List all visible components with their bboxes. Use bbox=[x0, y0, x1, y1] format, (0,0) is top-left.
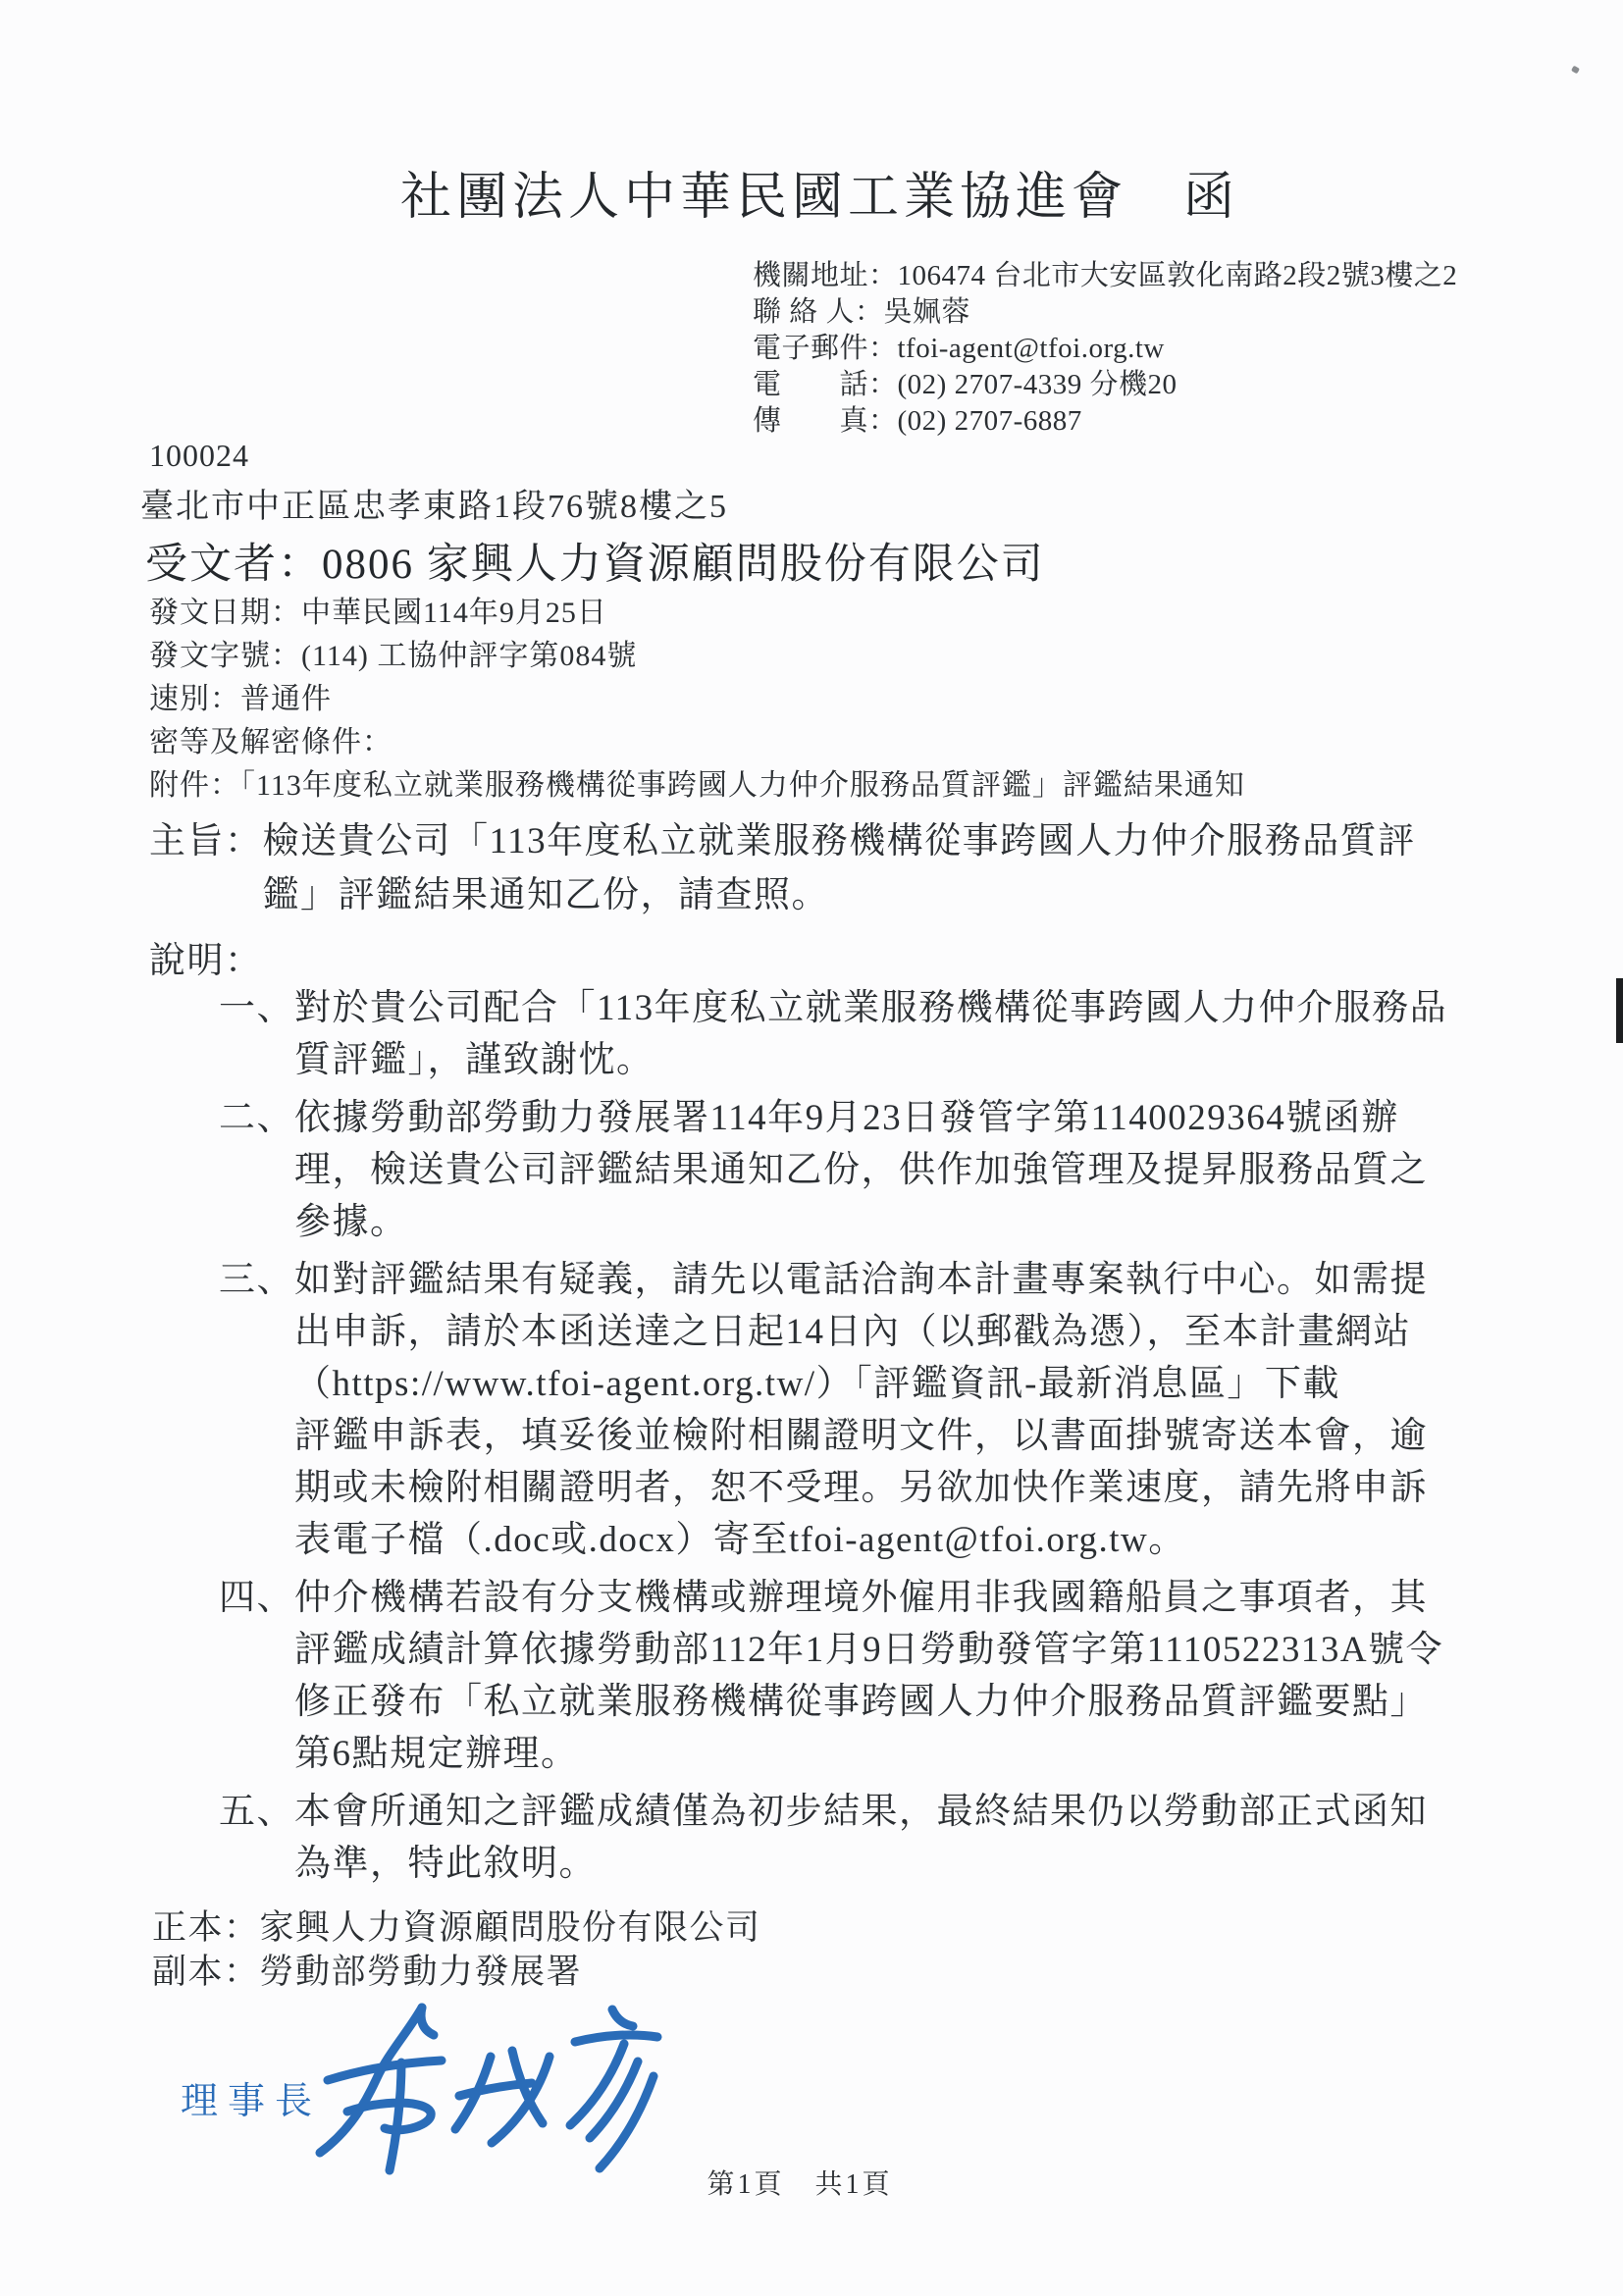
explanation-item-5: 五、 本會所通知之評鑑成績僅為初步結果，最終結果仍以勞動部正式函知 為準，特此敘… bbox=[219, 1786, 1447, 1890]
item-text: 本會所通知之評鑑成績僅為初步結果，最終結果仍以勞動部正式函知 為準，特此敘明。 bbox=[294, 1786, 1428, 1890]
copies-block: 正本：家興人力資源顧問股份有限公司 副本：勞動部勞動力發展署 bbox=[152, 1905, 761, 1994]
item-number: 三、 bbox=[219, 1254, 294, 1566]
item-line: 為準，特此敘明。 bbox=[294, 1838, 1428, 1890]
sender-contact-person-line: 聯 絡 人：吳姵蓉 bbox=[753, 294, 1457, 331]
item-number: 五、 bbox=[219, 1786, 294, 1890]
item-line: 參據。 bbox=[294, 1196, 1428, 1248]
item-line: 修正發布「私立就業服務機構從事跨國人力仲介服務品質評鑑要點」 bbox=[294, 1676, 1443, 1728]
subject-block: 主旨： 檢送貴公司「113年度私立就業服務機構從事跨國人力仲介服務品質評 鑑」評… bbox=[149, 814, 1416, 922]
item-number: 二、 bbox=[219, 1092, 294, 1248]
sender-fax-line: 傳 真：(02) 2707-6887 bbox=[753, 403, 1457, 440]
attachment-line: 附件：「113年度私立就業服務機構從事跨國人力仲介服務品質評鑑」評鑑結果通知 bbox=[149, 764, 1245, 808]
classification-line: 密等及解密條件： bbox=[149, 721, 1245, 764]
cc-copy-line: 副本：勞動部勞動力發展署 bbox=[152, 1950, 761, 1994]
item-line: （https://www.tfoi-agent.org.tw/）「評鑑資訊-最新… bbox=[294, 1358, 1428, 1410]
explanation-item-1: 一、 對於貴公司配合「113年度私立就業服務機構從事跨國人力仲介服務品 質評鑑」… bbox=[219, 982, 1447, 1086]
chairman-title-label: 理事長 bbox=[181, 2070, 322, 2124]
item-line: 理，檢送貴公司評鑑結果通知乙份，供作加強管理及提昇服務品質之 bbox=[294, 1144, 1428, 1196]
scanned-letter-page: 社團法人中華民國工業協進會 函 機關地址：106474 台北市大安區敦化南路2段… bbox=[0, 0, 1623, 2296]
document-meta-block: 發文日期：中華民國114年9月25日 發文字號：(114) 工協仲評字第084號… bbox=[149, 592, 1245, 808]
subject-label: 主旨： bbox=[149, 814, 263, 922]
item-line: 仲介機構若設有分支機構或辦理境外僱用非我國籍船員之事項者，其 bbox=[294, 1572, 1443, 1624]
explanation-items: 一、 對於貴公司配合「113年度私立就業服務機構從事跨國人力仲介服務品 質評鑑」… bbox=[219, 982, 1447, 1896]
item-text: 仲介機構若設有分支機構或辦理境外僱用非我國籍船員之事項者，其 評鑑成績計算依據勞… bbox=[294, 1572, 1443, 1780]
subject-line: 鑑」評鑑結果通知乙份，請查照。 bbox=[263, 868, 1416, 922]
item-text: 如對評鑑結果有疑義，請先以電話洽詢本計畫專案執行中心。如需提 出申訴，請於本函送… bbox=[294, 1254, 1428, 1566]
item-text: 依據勞動部勞動力發展署114年9月23日發管字第1140029364號函辦 理，… bbox=[294, 1092, 1428, 1248]
scan-edge-artifact bbox=[1616, 978, 1623, 1043]
item-line: 出申訴，請於本函送達之日起14日內（以郵戳為憑），至本計畫網站 bbox=[294, 1306, 1428, 1358]
sender-contact-block: 機關地址：106474 台北市大安區敦化南路2段2號3樓之2 聯 絡 人：吳姵蓉… bbox=[753, 258, 1457, 440]
reference-number-line: 發文字號：(114) 工協仲評字第084號 bbox=[149, 635, 1245, 678]
explanation-item-3: 三、 如對評鑑結果有疑義，請先以電話洽詢本計畫專案執行中心。如需提 出申訴，請於… bbox=[219, 1254, 1447, 1566]
item-line: 依據勞動部勞動力發展署114年9月23日發管字第1140029364號函辦 bbox=[294, 1092, 1428, 1144]
recipient-postal-code: 100024 bbox=[149, 438, 249, 474]
chairman-signature-handwriting-icon bbox=[306, 2002, 674, 2178]
explanation-label: 說明： bbox=[149, 930, 263, 983]
item-line: 對於貴公司配合「113年度私立就業服務機構從事跨國人力仲介服務品 bbox=[294, 982, 1447, 1034]
sender-email-line: 電子郵件：tfoi-agent@tfoi.org.tw bbox=[753, 331, 1457, 367]
item-line: 如對評鑑結果有疑義，請先以電話洽詢本計畫專案執行中心。如需提 bbox=[294, 1254, 1428, 1306]
sender-address-line: 機關地址：106474 台北市大安區敦化南路2段2號3樓之2 bbox=[753, 258, 1457, 294]
recipient-line: 受文者：0806 家興人力資源顧問股份有限公司 bbox=[145, 531, 1045, 591]
item-number: 四、 bbox=[219, 1572, 294, 1780]
item-line: 評鑑申訴表，填妥後並檢附相關證明文件，以書面掛號寄送本會，逾 bbox=[294, 1410, 1428, 1462]
explanation-item-2: 二、 依據勞動部勞動力發展署114年9月23日發管字第1140029364號函辦… bbox=[219, 1092, 1447, 1248]
explanation-item-4: 四、 仲介機構若設有分支機構或辦理境外僱用非我國籍船員之事項者，其 評鑑成績計算… bbox=[219, 1572, 1447, 1780]
subject-text: 檢送貴公司「113年度私立就業服務機構從事跨國人力仲介服務品質評 鑑」評鑑結果通… bbox=[263, 814, 1416, 922]
item-line: 表電子檔（.doc或.docx）寄至tfoi-agent@tfoi.org.tw… bbox=[294, 1514, 1428, 1566]
letter-title: 社團法人中華民國工業協進會 函 bbox=[400, 155, 1239, 229]
issue-date-line: 發文日期：中華民國114年9月25日 bbox=[149, 592, 1245, 635]
item-number: 一、 bbox=[219, 982, 294, 1086]
item-line: 第6點規定辦理。 bbox=[294, 1728, 1443, 1780]
item-line: 期或未檢附相關證明者，恕不受理。另欲加快作業速度，請先將申訴 bbox=[294, 1462, 1428, 1514]
original-copy-line: 正本：家興人力資源顧問股份有限公司 bbox=[152, 1905, 761, 1950]
item-line: 評鑑成績計算依據勞動部112年1月9日勞動發管字第1110522313A號令 bbox=[294, 1624, 1443, 1676]
subject-line: 檢送貴公司「113年度私立就業服務機構從事跨國人力仲介服務品質評 bbox=[263, 814, 1416, 868]
item-line: 本會所通知之評鑑成績僅為初步結果，最終結果仍以勞動部正式函知 bbox=[294, 1786, 1428, 1838]
item-line: 質評鑑」，謹致謝忱。 bbox=[294, 1034, 1447, 1086]
sender-phone-line: 電 話：(02) 2707-4339 分機20 bbox=[753, 367, 1457, 403]
scan-speck-artifact bbox=[1571, 66, 1580, 75]
recipient-address: 臺北市中正區忠孝東路1段76號8樓之5 bbox=[140, 479, 728, 527]
item-text: 對於貴公司配合「113年度私立就業服務機構從事跨國人力仲介服務品 質評鑑」，謹致… bbox=[294, 982, 1447, 1086]
page-number-footer: 第1頁 共1頁 bbox=[0, 2163, 1611, 2202]
priority-line: 速別：普通件 bbox=[149, 678, 1245, 721]
